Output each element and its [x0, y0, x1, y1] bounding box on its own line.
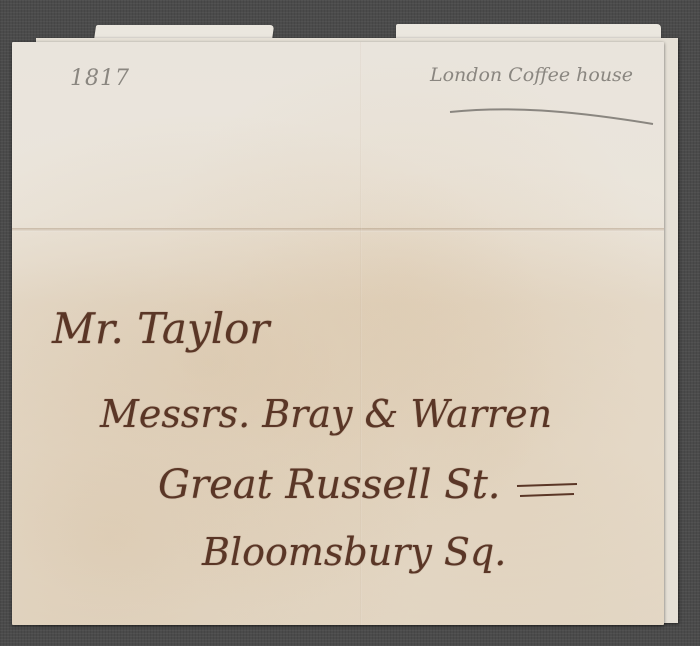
- address-street: Great Russell St.: [158, 462, 500, 508]
- pencil-underline: [448, 106, 658, 126]
- address-firm: Messrs. Bray & Warren: [100, 392, 552, 436]
- pencil-location-annotation: London Coffee house: [430, 64, 633, 86]
- photograph-scene: 1817 London Coffee house Mr. Taylor Mess…: [0, 0, 700, 646]
- street-abbreviation-underline: [512, 478, 582, 508]
- address-recipient: Mr. Taylor: [52, 304, 270, 353]
- address-district: Bloomsbury Sq.: [202, 530, 506, 574]
- horizontal-fold-crease: [12, 228, 664, 232]
- pencil-year-annotation: 1817: [70, 66, 130, 91]
- folded-letter: 1817 London Coffee house Mr. Taylor Mess…: [12, 42, 664, 625]
